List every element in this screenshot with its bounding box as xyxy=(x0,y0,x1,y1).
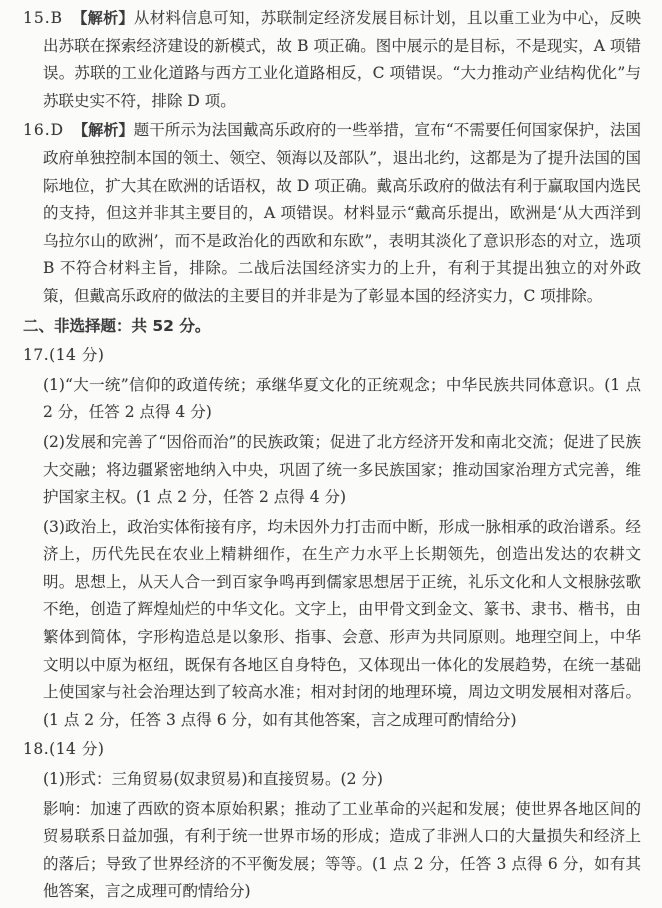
scanned-answer-sheet-page: 15.B【解析】从材料信息可知，苏联制定经济发展目标计划，且以重工业为中心，反映… xyxy=(0,0,662,908)
question-18-part-1: (1)形式：三角贸易(奴隶贸易)和直接贸易。(2 分) xyxy=(23,766,641,794)
answer-number: 15.B xyxy=(23,9,63,27)
answer-item-16: 16.D【解析】题干所示为法国戴高乐政府的一些举措，宣布“不需要任何国家保护，法… xyxy=(23,117,641,310)
question-17-part-3: (3)政治上，政治实体衔接有序，均未因外力打击而中断，形成一脉相承的政治谱系。经… xyxy=(23,514,641,735)
analysis-label: 【解析】 xyxy=(73,121,134,139)
choice-answer-explanations: 15.B【解析】从材料信息可知，苏联制定经济发展目标计划，且以重工业为中心，反映… xyxy=(23,5,641,311)
question-17-answers: 17.(14 分) (1)“大一统”信仰的政道传统；承继华夏文化的正统观念；中华… xyxy=(23,342,641,734)
question-18-heading: 18.(14 分) xyxy=(23,736,641,764)
analysis-label: 【解析】 xyxy=(72,9,134,27)
question-17-part-1: (1)“大一统”信仰的政道传统；承继华夏文化的正统观念；中华民族共同体意识。(1… xyxy=(23,372,641,427)
question-17-heading: 17.(14 分) xyxy=(23,342,641,370)
question-18-part-2-impact: 影响：加速了西欧的资本原始积累；推动了工业革命的兴起和发展；使世界各地区间的贸易… xyxy=(23,796,641,906)
question-18-answers: 18.(14 分) (1)形式：三角贸易(奴隶贸易)和直接贸易。(2 分) 影响… xyxy=(23,736,641,906)
question-17-part-2: (2)发展和完善了“因俗而治”的民族政策；促进了北方经济开发和南北交流；促进了民… xyxy=(23,429,641,512)
section-header-non-choice: 二、非选择题：共 52 分。 xyxy=(23,313,641,341)
analysis-text: 题干所示为法国戴高乐政府的一些举措，宣布“不需要任何国家保护，法国政府单独控制本… xyxy=(43,121,641,305)
answer-number: 16.D xyxy=(23,121,64,139)
answer-item-15: 15.B【解析】从材料信息可知，苏联制定经济发展目标计划，且以重工业为中心，反映… xyxy=(23,5,641,115)
